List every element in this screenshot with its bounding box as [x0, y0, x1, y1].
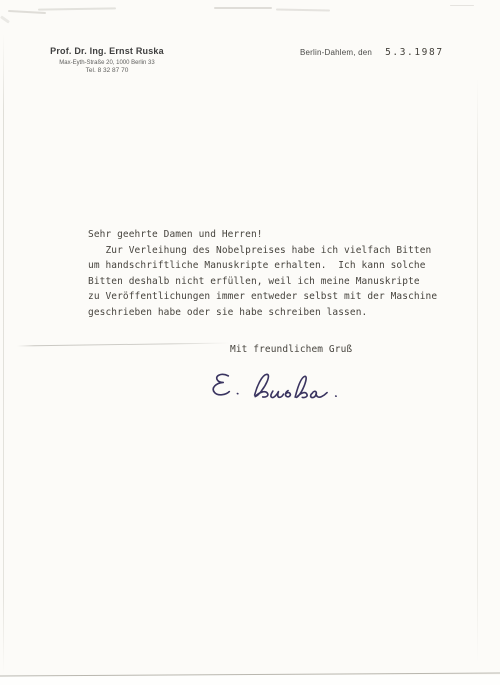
signature-ink-icon — [206, 370, 358, 404]
letter-body: Sehr geehrte Damen und Herren! Zur Verle… — [88, 227, 448, 321]
closing-salutation: Mit freundlichem Gruß — [230, 344, 352, 355]
scan-artifact — [0, 15, 10, 23]
scanned-letter-page: Prof. Dr. Ing. Ernst Ruska Max-Eyth-Stra… — [0, 0, 500, 685]
body-line: um handschriftliche Manuskripte erhalten… — [88, 258, 448, 274]
paper-edge-right — [477, 78, 478, 663]
salutation: Sehr geehrte Damen und Herren! — [88, 227, 448, 243]
date-place-label: Berlin-Dahlem, den — [300, 48, 372, 57]
scan-artifact — [214, 7, 272, 9]
dateline: Berlin-Dahlem, den 5.3.1987 — [300, 47, 444, 58]
scan-artifact — [276, 9, 330, 12]
scan-background-below-page — [0, 675, 500, 685]
body-line: Bitten deshalb nicht erfüllen, weil ich … — [88, 274, 448, 290]
signature-handwriting — [206, 370, 358, 404]
paper-edge-left — [3, 34, 4, 674]
letterhead-phone: Tel. 8 32 87 70 — [46, 67, 168, 74]
scan-artifact — [38, 7, 116, 10]
body-line: Zur Verleihung des Nobelpreises habe ich… — [88, 243, 448, 259]
body-line: zu Veröffentlichungen immer entweder sel… — [88, 289, 448, 305]
letterhead-name: Prof. Dr. Ing. Ernst Ruska — [46, 46, 168, 56]
date-value: 5.3.1987 — [385, 47, 444, 58]
letterhead-address: Max-Eyth-Straße 20, 1000 Berlin 33 — [51, 59, 163, 65]
letterhead: Prof. Dr. Ing. Ernst Ruska Max-Eyth-Stra… — [46, 46, 168, 74]
scan-artifact — [450, 5, 474, 6]
fold-line — [17, 343, 230, 347]
body-line: geschrieben habe oder sie habe schreiben… — [88, 305, 448, 321]
